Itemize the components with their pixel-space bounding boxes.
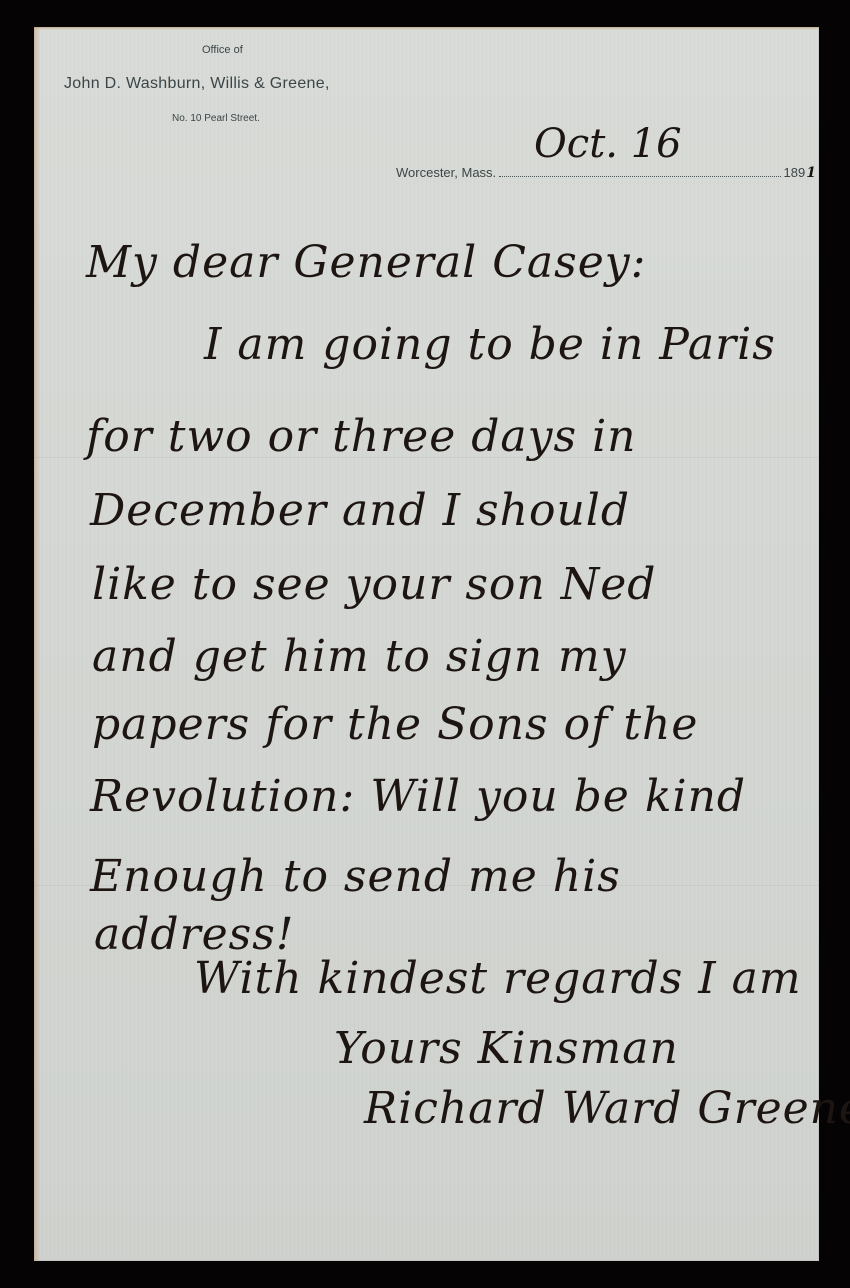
- place-name: Worcester, Mass.: [396, 165, 496, 180]
- closing-line: Yours Kinsman: [334, 1027, 679, 1071]
- letterhead-office-of: Office of: [202, 44, 243, 56]
- signature: Richard Ward Greene: [364, 1087, 850, 1131]
- body-line: I am going to be in Paris: [204, 323, 776, 367]
- handwritten-year-digit: 1: [806, 165, 816, 181]
- paper-edge-stain-left: [34, 27, 40, 1261]
- place-date-line: Worcester, Mass. 189 1: [396, 165, 816, 181]
- salutation: My dear General Casey:: [86, 241, 646, 285]
- body-line: like to see your son Ned: [92, 563, 656, 607]
- body-line: papers for the Sons of the: [92, 703, 698, 747]
- letterhead-street: No. 10 Pearl Street.: [172, 113, 260, 124]
- paper-edge-stain-top: [34, 27, 819, 30]
- printed-year: 189: [784, 165, 806, 180]
- body-line: for two or three days in: [86, 415, 636, 459]
- body-line: and get him to sign my: [92, 635, 627, 679]
- body-line: Revolution: Will you be kind: [90, 775, 746, 819]
- handwritten-date: Oct. 16: [534, 124, 682, 164]
- body-line: Enough to send me his: [90, 855, 621, 899]
- letterhead-firm-name: John D. Washburn, Willis & Greene,: [64, 75, 330, 93]
- body-line: December and I should: [90, 489, 630, 533]
- body-line: address!: [94, 913, 294, 957]
- dotted-fill-line: [499, 166, 780, 177]
- closing-line: With kindest regards I am: [194, 957, 802, 1001]
- letter-sheet: Office of John D. Washburn, Willis & Gre…: [34, 27, 819, 1261]
